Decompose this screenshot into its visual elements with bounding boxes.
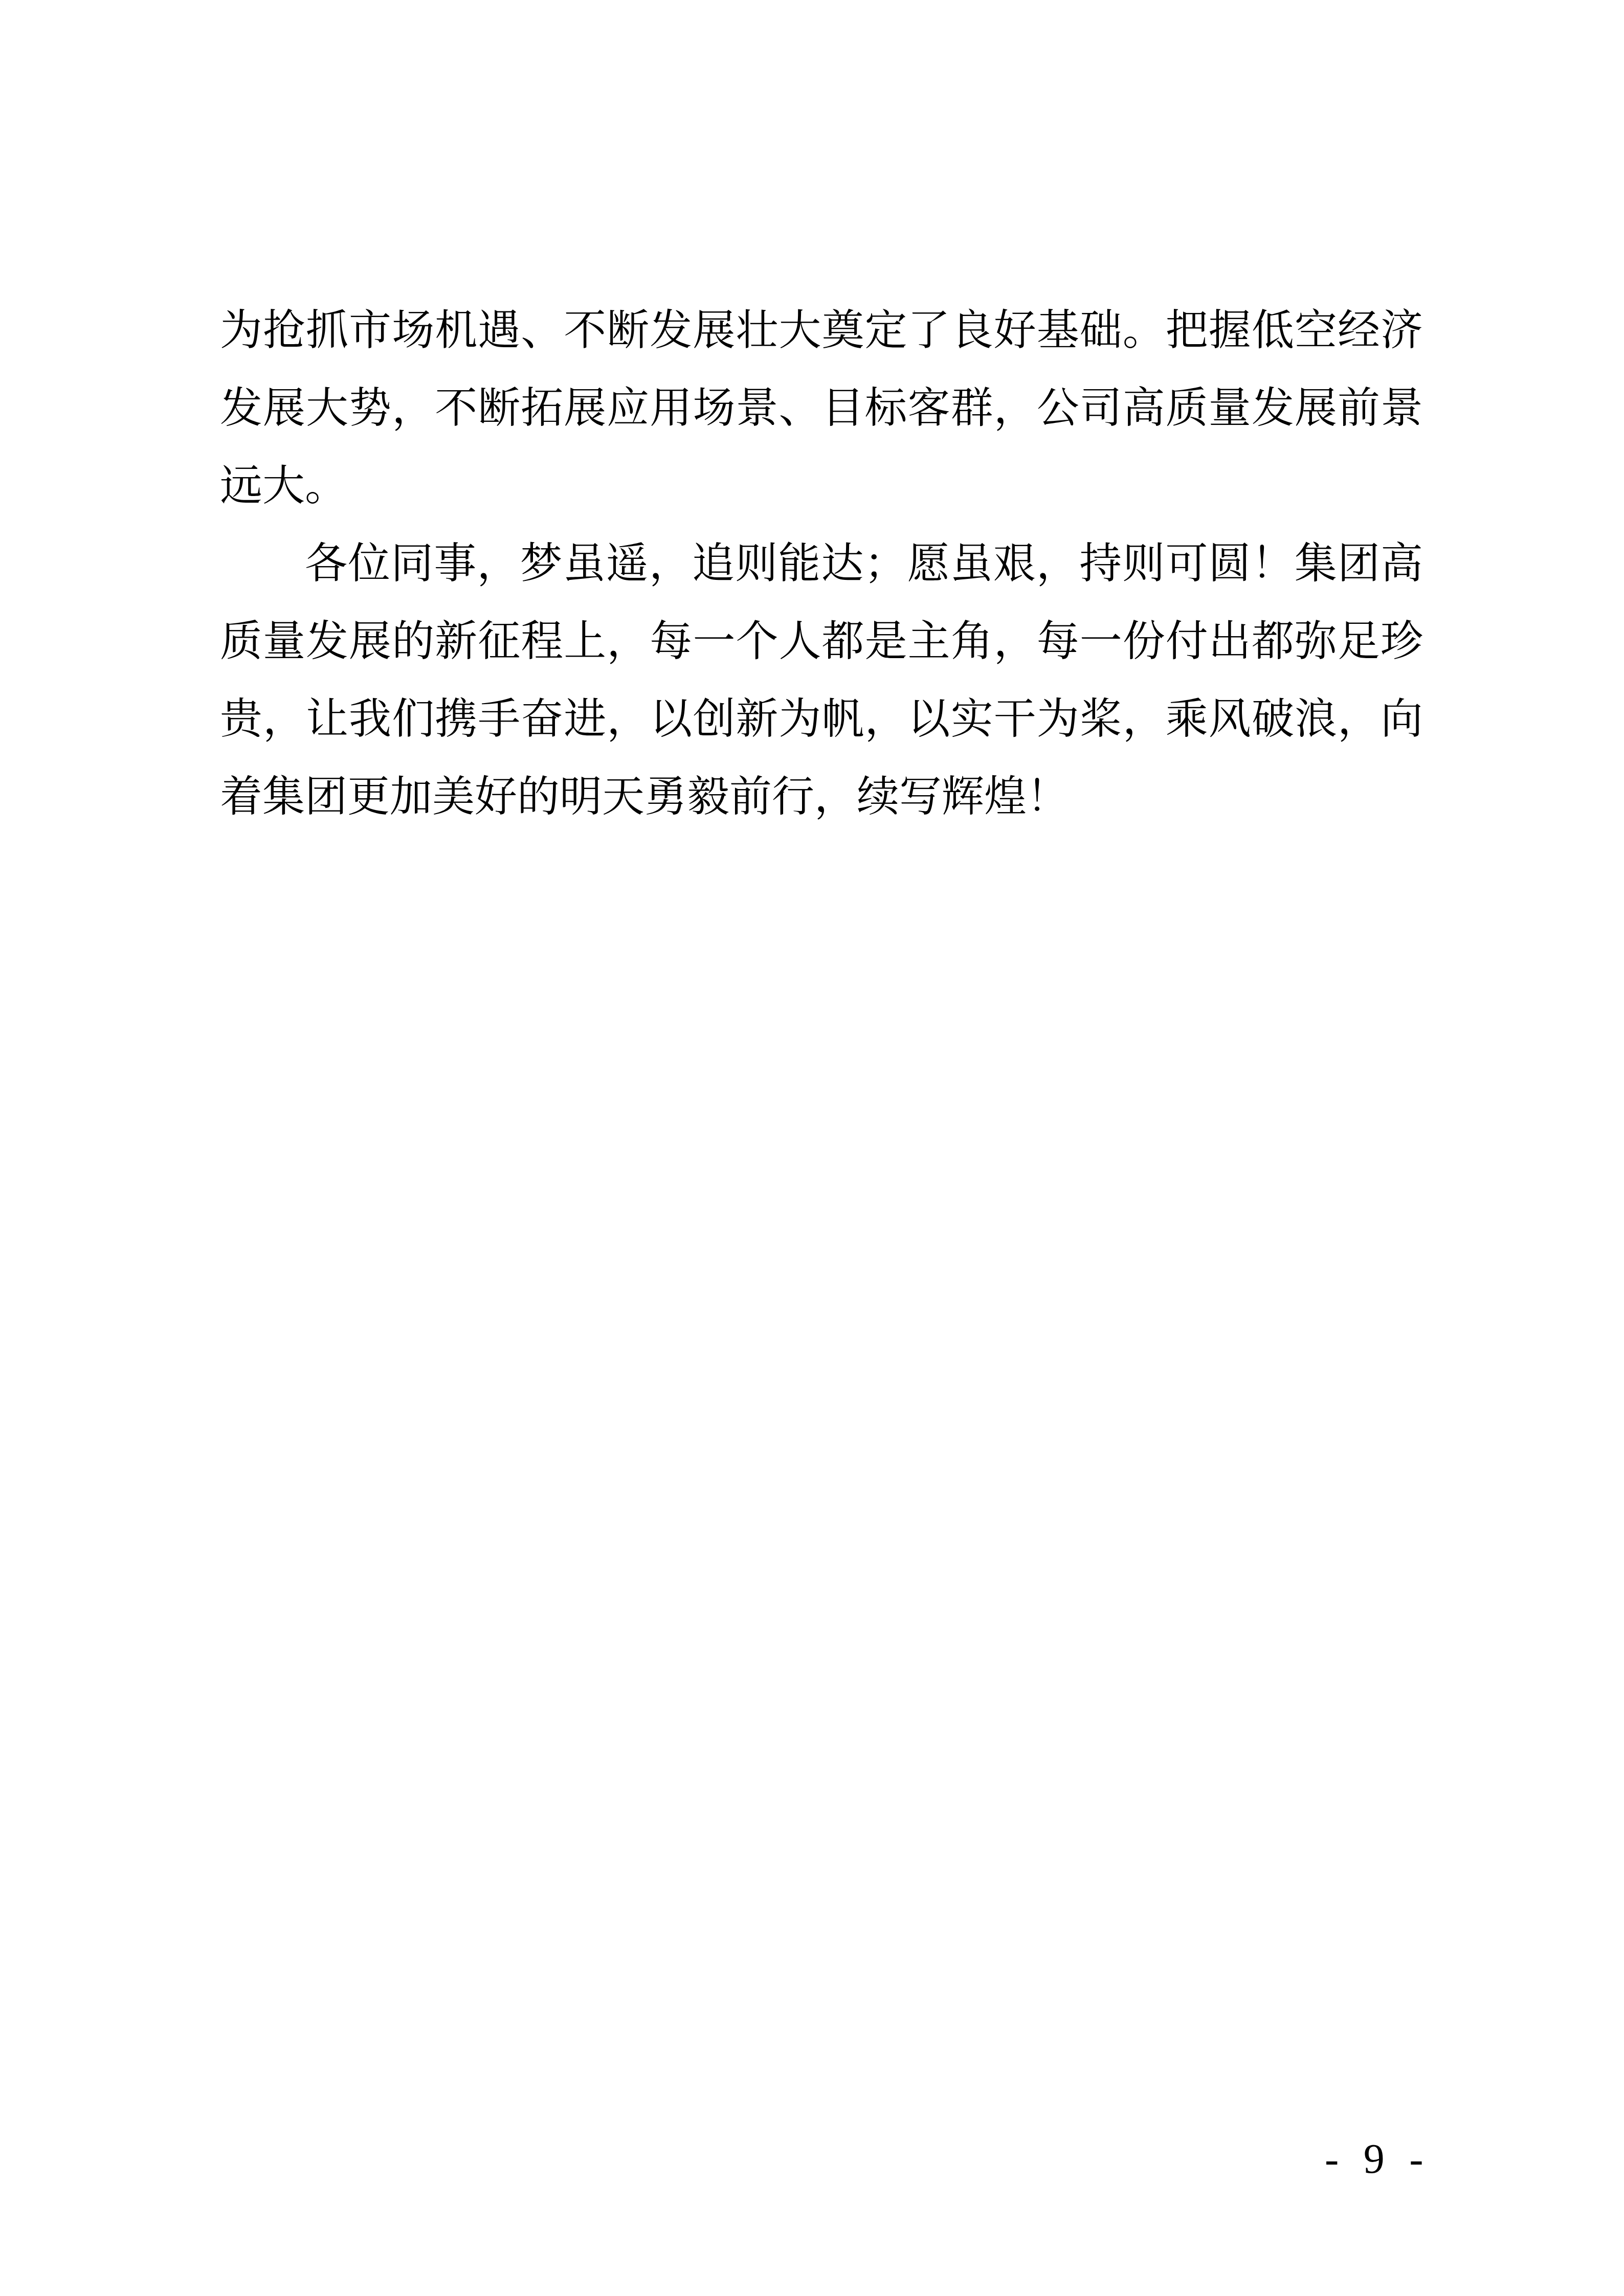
document-page: 为抢抓市场机遇、不断发展壮大奠定了良好基础。把握低空经济发展大势，不断拓展应用场… — [0, 0, 1624, 2296]
text-line: 贵，让我们携手奋进，以创新为帆，以实干为桨，乘风破浪，向 — [220, 680, 1423, 758]
text-line: 着集团更加美好的明天勇毅前行，续写辉煌！ — [220, 758, 1423, 836]
text-line: 质量发展的新征程上，每一个人都是主角，每一份付出都弥足珍 — [220, 602, 1423, 680]
text-line: 为抢抓市场机遇、不断发展壮大奠定了良好基础。把握低空经济 — [220, 291, 1423, 369]
body-text-block: 为抢抓市场机遇、不断发展壮大奠定了良好基础。把握低空经济发展大势，不断拓展应用场… — [220, 291, 1423, 836]
text-line: 远大。 — [220, 447, 1423, 525]
text-line: 各位同事，梦虽遥，追则能达；愿虽艰，持则可圆！集团高 — [220, 525, 1423, 602]
page-number: - 9 - — [1325, 2138, 1424, 2180]
text-line: 发展大势，不断拓展应用场景、目标客群，公司高质量发展前景 — [220, 369, 1423, 447]
